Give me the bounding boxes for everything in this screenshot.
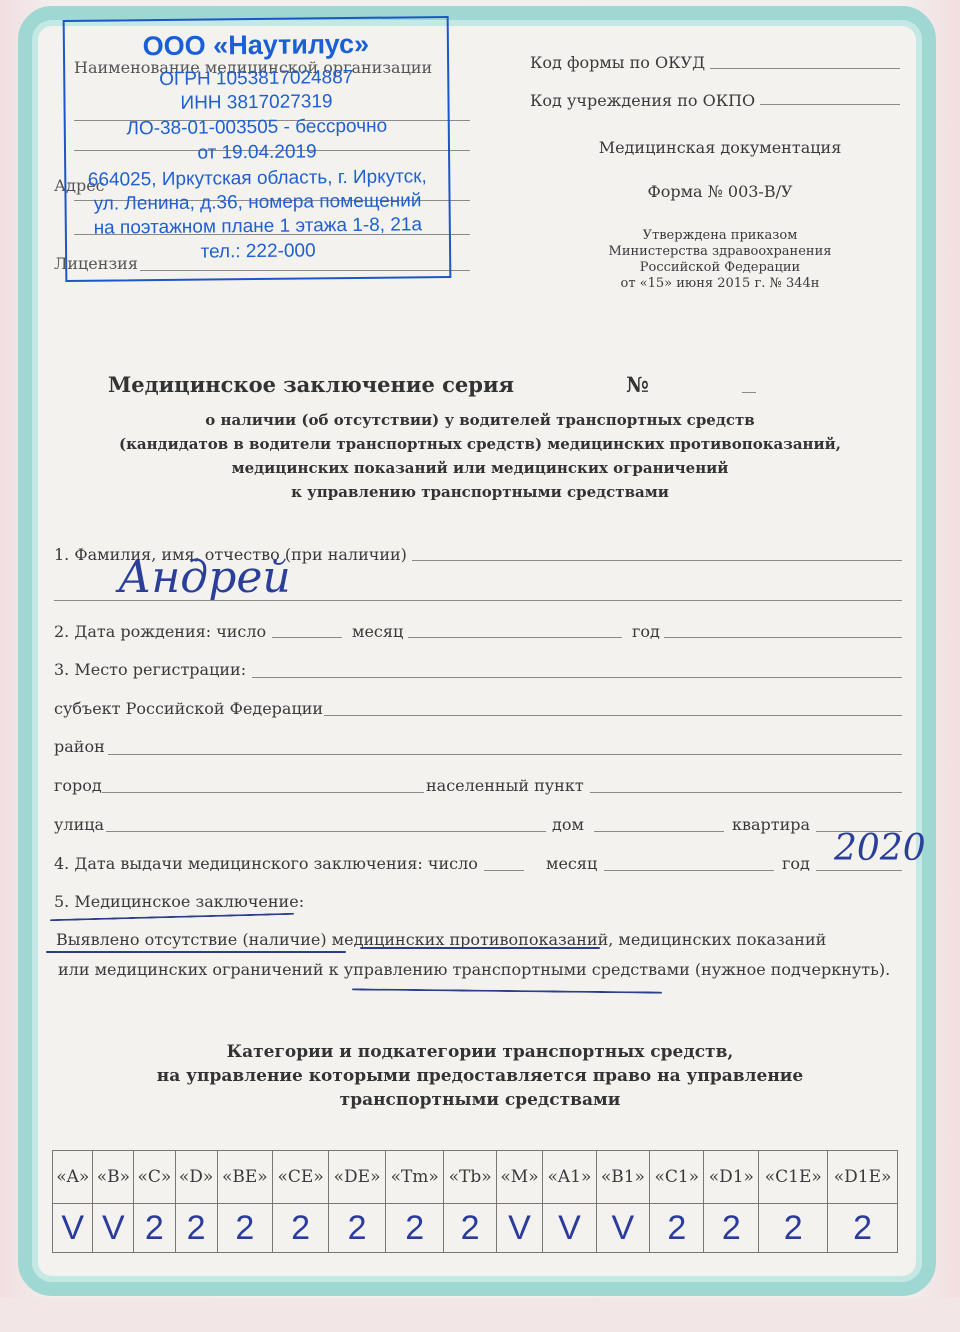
stamp-org-name: ООО «Наутилус»	[65, 28, 447, 63]
subtitle-line-3: медицинских показаний или медицинских ог…	[0, 456, 960, 480]
category-mark[interactable]: 2	[134, 1204, 175, 1253]
stamp-address-2: ул. Ленина, д.36, номера помещений	[66, 190, 448, 216]
category-label: «Tb»	[444, 1151, 496, 1204]
birth-date-label: 2. Дата рождения: число	[54, 622, 266, 641]
category-label: «D1E»	[828, 1151, 898, 1204]
category-label: «C1E»	[759, 1151, 828, 1204]
apartment-label: квартира	[732, 815, 810, 834]
categories-title-line-2: на управление которыми предоставляется п…	[0, 1064, 960, 1088]
category-mark[interactable]: 2	[273, 1204, 329, 1253]
category-mark[interactable]: V	[543, 1204, 596, 1253]
issue-day-line	[484, 870, 524, 871]
district-line	[108, 754, 902, 755]
page-bottom	[0, 1298, 960, 1332]
categories-header-row: «A»«B»«C»«D»«BE»«CE»«DE»«Tm»«Tb»«M»«A1»«…	[53, 1151, 898, 1204]
form-number: Форма № 003-В/У	[560, 182, 880, 201]
approval-line-3: Российской Федерации	[560, 260, 880, 276]
category-label: «D»	[175, 1151, 217, 1204]
categories-title: Категории и подкатегории транспортных ср…	[0, 1040, 960, 1112]
issue-date-label: 4. Дата выдачи медицинского заключения: …	[54, 854, 478, 873]
birth-day-line	[272, 637, 342, 638]
category-label: «B1»	[596, 1151, 650, 1204]
category-label: «C»	[134, 1151, 175, 1204]
conclusion-line-2: или медицинских ограничений к управлению…	[58, 960, 890, 979]
fio-line-2	[54, 600, 902, 601]
street-line	[106, 831, 546, 832]
registration-line	[252, 677, 902, 678]
conclusion-label: 5. Медицинское заключение:	[54, 892, 304, 911]
stamp-inn: ИНН 3817027319	[65, 90, 447, 116]
category-mark[interactable]: 2	[329, 1204, 386, 1253]
categories-marks-row: VV2222222VVV2222	[53, 1204, 898, 1253]
issue-year-label: год	[782, 854, 810, 873]
categories-table: «A»«B»«C»«D»«BE»«CE»«DE»«Tm»«Tb»«M»«A1»«…	[52, 1150, 898, 1253]
category-label: «A1»	[543, 1151, 596, 1204]
underline-absence	[46, 951, 346, 953]
category-mark[interactable]: V	[496, 1204, 543, 1253]
approval-line-4: от «15» июня 2015 г. № 344н	[560, 276, 880, 292]
categories-title-line-3: транспортными средствами	[0, 1088, 960, 1112]
underline-contraindications	[360, 947, 600, 949]
organization-stamp: ООО «Наутилус» ОГРН 1053817024887 ИНН 38…	[63, 16, 452, 282]
subtitle-line-1: о наличии (об отсутствии) у водителей тр…	[0, 408, 960, 432]
stamp-ogrn: ОГРН 1053817024887	[65, 66, 447, 92]
settlement-label: населенный пункт	[426, 776, 584, 795]
category-mark[interactable]: V	[93, 1204, 134, 1253]
category-label: «A»	[53, 1151, 93, 1204]
category-label: «DE»	[329, 1151, 386, 1204]
category-mark[interactable]: 2	[217, 1204, 272, 1253]
category-label: «M»	[496, 1151, 543, 1204]
subject-line	[324, 715, 902, 716]
okud-label: Код формы по ОКУД	[530, 53, 705, 72]
fio-value[interactable]: Андрей	[118, 552, 291, 603]
birth-month-label: месяц	[352, 622, 403, 641]
approval-line-2: Министерства здравоохранения	[560, 244, 880, 260]
stamp-address-1: 664025, Иркутская область, г. Иркутск,	[66, 166, 448, 192]
subtitle-line-4: к управлению транспортными средствами	[0, 480, 960, 504]
document-title: Медицинское заключение серия	[108, 372, 514, 397]
category-label: «D1»	[704, 1151, 759, 1204]
number-sign: №	[626, 372, 649, 397]
okpo-line	[760, 104, 900, 105]
issue-month-line	[604, 870, 774, 871]
stamp-license-date: от 19.04.2019	[66, 140, 448, 166]
category-label: «C1»	[650, 1151, 704, 1204]
stamp-license: ЛО-38-01-003505 - бессрочно	[66, 115, 448, 141]
registration-label: 3. Место регистрации:	[54, 660, 246, 679]
issue-year-value[interactable]: 2020	[834, 828, 926, 869]
category-mark[interactable]: 2	[650, 1204, 704, 1253]
subtitle-line-2: (кандидатов в водители транспортных сред…	[0, 432, 960, 456]
house-label: дом	[552, 815, 584, 834]
house-line	[594, 831, 724, 832]
settlement-line	[590, 792, 902, 793]
subject-label: субъект Российской Федерации	[54, 699, 323, 718]
category-mark[interactable]: 2	[704, 1204, 759, 1253]
city-label: город	[54, 776, 102, 795]
street-label: улица	[54, 815, 104, 834]
category-mark[interactable]: 2	[444, 1204, 496, 1253]
category-mark[interactable]: V	[596, 1204, 650, 1253]
category-label: «Tm»	[385, 1151, 444, 1204]
category-label: «BE»	[217, 1151, 272, 1204]
number-line	[742, 392, 756, 393]
city-line	[102, 792, 424, 793]
category-label: «B»	[93, 1151, 134, 1204]
okpo-label: Код учреждения по ОКПО	[530, 91, 755, 110]
stamp-address-3: на поэтажном плане 1 этажа 1-8, 21а	[67, 214, 449, 240]
birth-year-label: год	[632, 622, 660, 641]
doc-type: Медицинская документация	[560, 138, 880, 157]
issue-year-line	[816, 870, 902, 871]
issue-month-label: месяц	[546, 854, 597, 873]
category-mark[interactable]: 2	[175, 1204, 217, 1253]
category-mark[interactable]: V	[53, 1204, 93, 1253]
category-mark[interactable]: 2	[759, 1204, 828, 1253]
category-mark[interactable]: 2	[828, 1204, 898, 1253]
approval-block: Утверждена приказом Министерства здравоо…	[560, 228, 880, 292]
categories-title-line-1: Категории и подкатегории транспортных ср…	[0, 1040, 960, 1064]
birth-year-line	[664, 637, 902, 638]
category-label: «CE»	[273, 1151, 329, 1204]
category-mark[interactable]: 2	[385, 1204, 444, 1253]
birth-month-line	[408, 637, 622, 638]
fio-line	[412, 560, 902, 561]
approval-line-1: Утверждена приказом	[560, 228, 880, 244]
district-label: район	[54, 737, 105, 756]
stamp-phone: тел.: 222-000	[67, 239, 449, 265]
okud-line	[710, 68, 900, 69]
document-subtitle: о наличии (об отсутствии) у водителей тр…	[0, 408, 960, 504]
